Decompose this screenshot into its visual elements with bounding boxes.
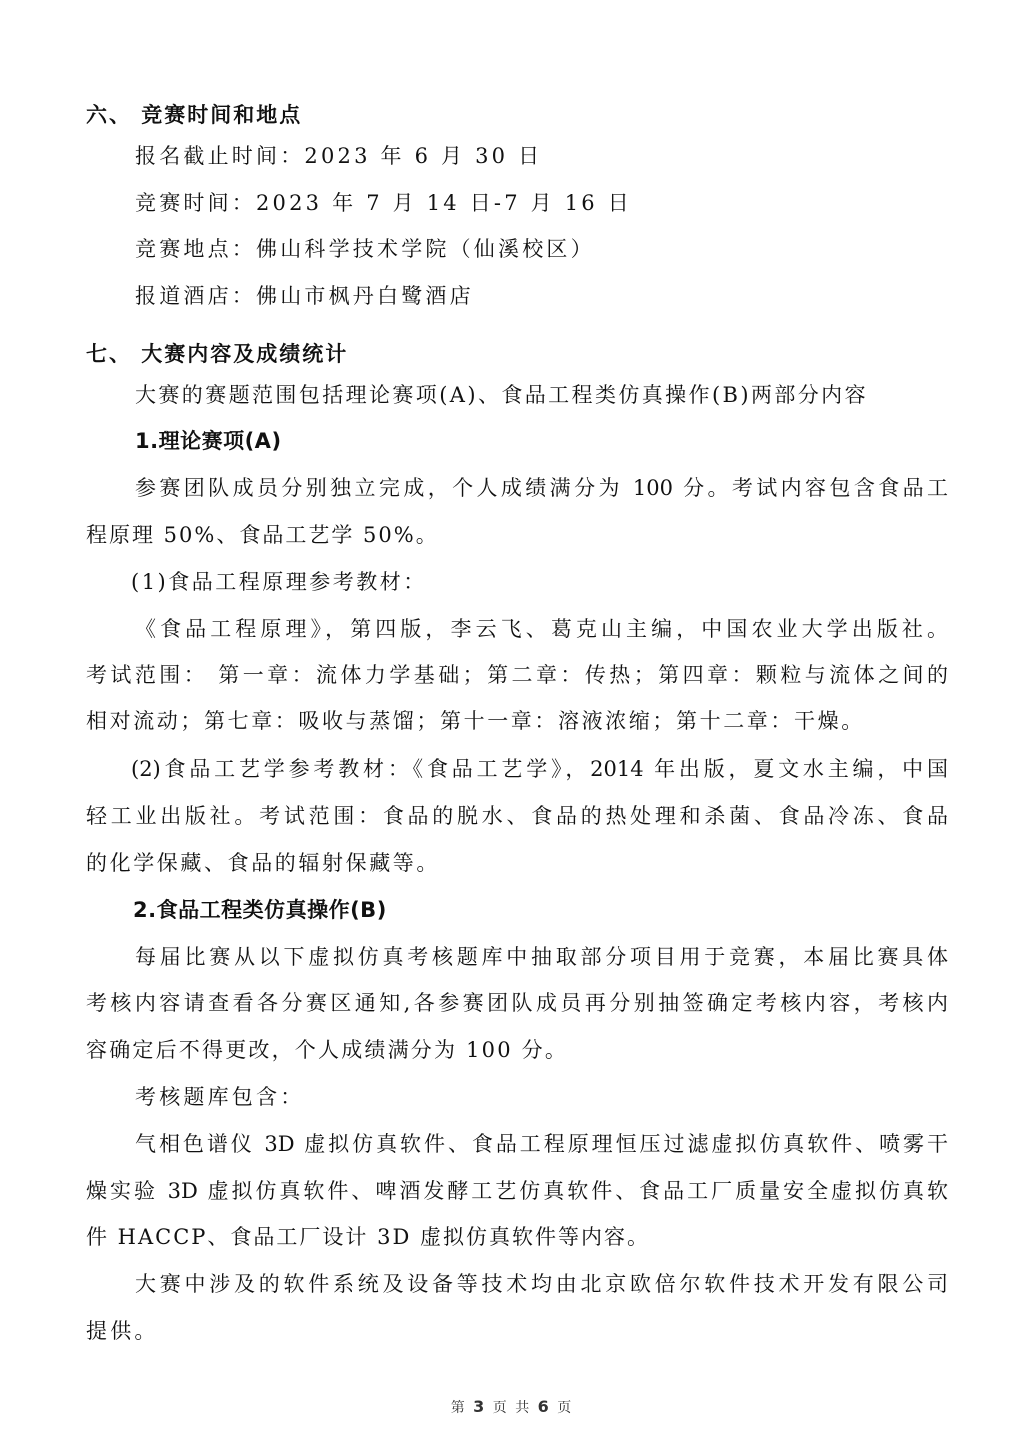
current-page-number: 3 bbox=[473, 1397, 486, 1416]
provider-line: 大赛中涉及的软件系统及设备等技术均由北京欧倍尔软件技术开发有限公司 bbox=[86, 1269, 948, 1299]
section7-intro: 大赛的赛题范围包括理论赛项(A)、食品工程类仿真操作(B)两部分内容 bbox=[135, 380, 868, 410]
provider-line: 提供。 bbox=[86, 1316, 159, 1346]
bank-line: 气相色谱仪 3D 虚拟仿真软件、食品工程原理恒压过滤虚拟仿真软件、喷雾干 bbox=[86, 1129, 948, 1159]
footer-prefix: 第 bbox=[451, 1400, 467, 1416]
part-a-para-line: 参赛团队成员分别独立完成，个人成绩满分为 100 分。考试内容包含食品工 bbox=[86, 473, 948, 503]
total-pages-number: 6 bbox=[538, 1397, 551, 1416]
ref2-line: 轻工业出版社。考试范围：食品的脱水、食品的热处理和杀菌、食品冷冻、食品 bbox=[86, 801, 948, 831]
footer-middle: 页 共 bbox=[493, 1400, 531, 1416]
bank-line: 燥实验 3D 虚拟仿真软件、啤酒发酵工艺仿真软件、食品工厂质量安全虚拟仿真软 bbox=[86, 1176, 948, 1206]
bank-label: 考核题库包含： bbox=[135, 1082, 304, 1112]
ref1-label: (1)食品工程原理参考教材： bbox=[131, 567, 427, 597]
ref2-line: (2)食品工艺学参考教材：《食品工艺学》，2014 年出版，夏文水主编，中国 bbox=[86, 754, 948, 784]
part-b-para-line: 每届比赛从以下虚拟仿真考核题库中抽取部分项目用于竞赛，本届比赛具体 bbox=[86, 942, 948, 972]
bank-line: 件 HACCP、食品工厂设计 3D 虚拟仿真软件等内容。 bbox=[86, 1222, 650, 1252]
part-b-title: 2.食品工程类仿真操作(B) bbox=[133, 895, 387, 925]
page-footer: 第 3 页 共 6 页 bbox=[0, 1397, 1024, 1417]
ref1-line: 《食品工程原理》，第四版，李云飞、葛克山主编，中国农业大学出版社。 bbox=[86, 614, 948, 644]
part-b-para-line: 容确定后不得更改，个人成绩满分为 100 分。 bbox=[86, 1035, 568, 1065]
ref1-line: 考试范围： 第一章：流体力学基础；第二章：传热；第四章：颗粒与流体之间的 bbox=[86, 660, 948, 690]
registration-deadline: 报名截止时间：2023 年 6 月 30 日 bbox=[135, 141, 542, 171]
competition-dates: 竞赛时间：2023 年 7 月 14 日-7 月 16 日 bbox=[135, 188, 632, 218]
ref1-line: 相对流动；第七章：吸收与蒸馏；第十一章：溶液浓缩；第十二章：干燥。 bbox=[86, 706, 865, 736]
footer-suffix: 页 bbox=[557, 1400, 573, 1416]
part-a-para-line: 程原理 50%、食品工艺学 50%。 bbox=[86, 520, 439, 550]
ref2-line: 的化学保藏、食品的辐射保藏等。 bbox=[86, 848, 440, 878]
hotel: 报道酒店：佛山市枫丹白鹭酒店 bbox=[135, 281, 474, 311]
part-b-para-line: 考核内容请查看各分赛区通知,各参赛团队成员再分别抽签确定考核内容，考核内 bbox=[86, 988, 948, 1018]
document-page: 六、 竞赛时间和地点 报名截止时间：2023 年 6 月 30 日 竞赛时间：2… bbox=[0, 0, 1024, 1448]
section-heading-7: 七、 大赛内容及成绩统计 bbox=[86, 339, 348, 369]
section-heading-6: 六、 竞赛时间和地点 bbox=[86, 100, 302, 130]
part-a-title: 1.理论赛项(A) bbox=[135, 426, 282, 456]
competition-venue: 竞赛地点：佛山科学技术学院（仙溪校区） bbox=[135, 234, 595, 264]
